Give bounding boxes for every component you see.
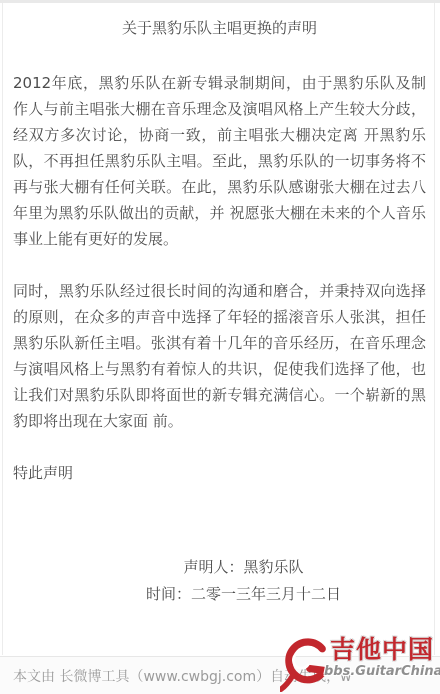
footer-bar: 本文由 长微博工具（www.cwbgj.com）自动生成 ，w [0,656,440,694]
signature-declarant: 声明人：黑豹乐队 [61,554,426,581]
statement-page: 关于黑豹乐队主唱更换的声明 2012年底，黑豹乐队在新专辑录制期间，由于黑豹乐队… [0,0,440,694]
page-left-border [2,3,3,655]
statement-paragraph-1: 2012年底，黑豹乐队在新专辑录制期间，由于黑豹乐队及制作人与前主唱张大棚在音乐… [13,70,426,252]
page-right-border [434,3,435,655]
signature-date: 时间：二零一三年三月十二日 [61,581,426,608]
signature-block: 声明人：黑豹乐队 时间：二零一三年三月十二日 [13,554,426,608]
statement-paragraph-2: 同时，黑豹乐队经过很长时间的沟通和磨合，并秉持双向选择的原则，在众多的声音中选择… [13,278,426,434]
footer-generated-note: 本文由 长微博工具（www.cwbgj.com）自动生成 [13,666,326,686]
statement-closing: 特此声明 [13,460,426,486]
page-title: 关于黑豹乐队主唱更换的声明 [13,17,426,38]
footer-obscured-text: ，w [326,666,351,686]
statement-content: 关于黑豹乐队主唱更换的声明 2012年底，黑豹乐队在新专辑录制期间，由于黑豹乐队… [0,3,440,608]
